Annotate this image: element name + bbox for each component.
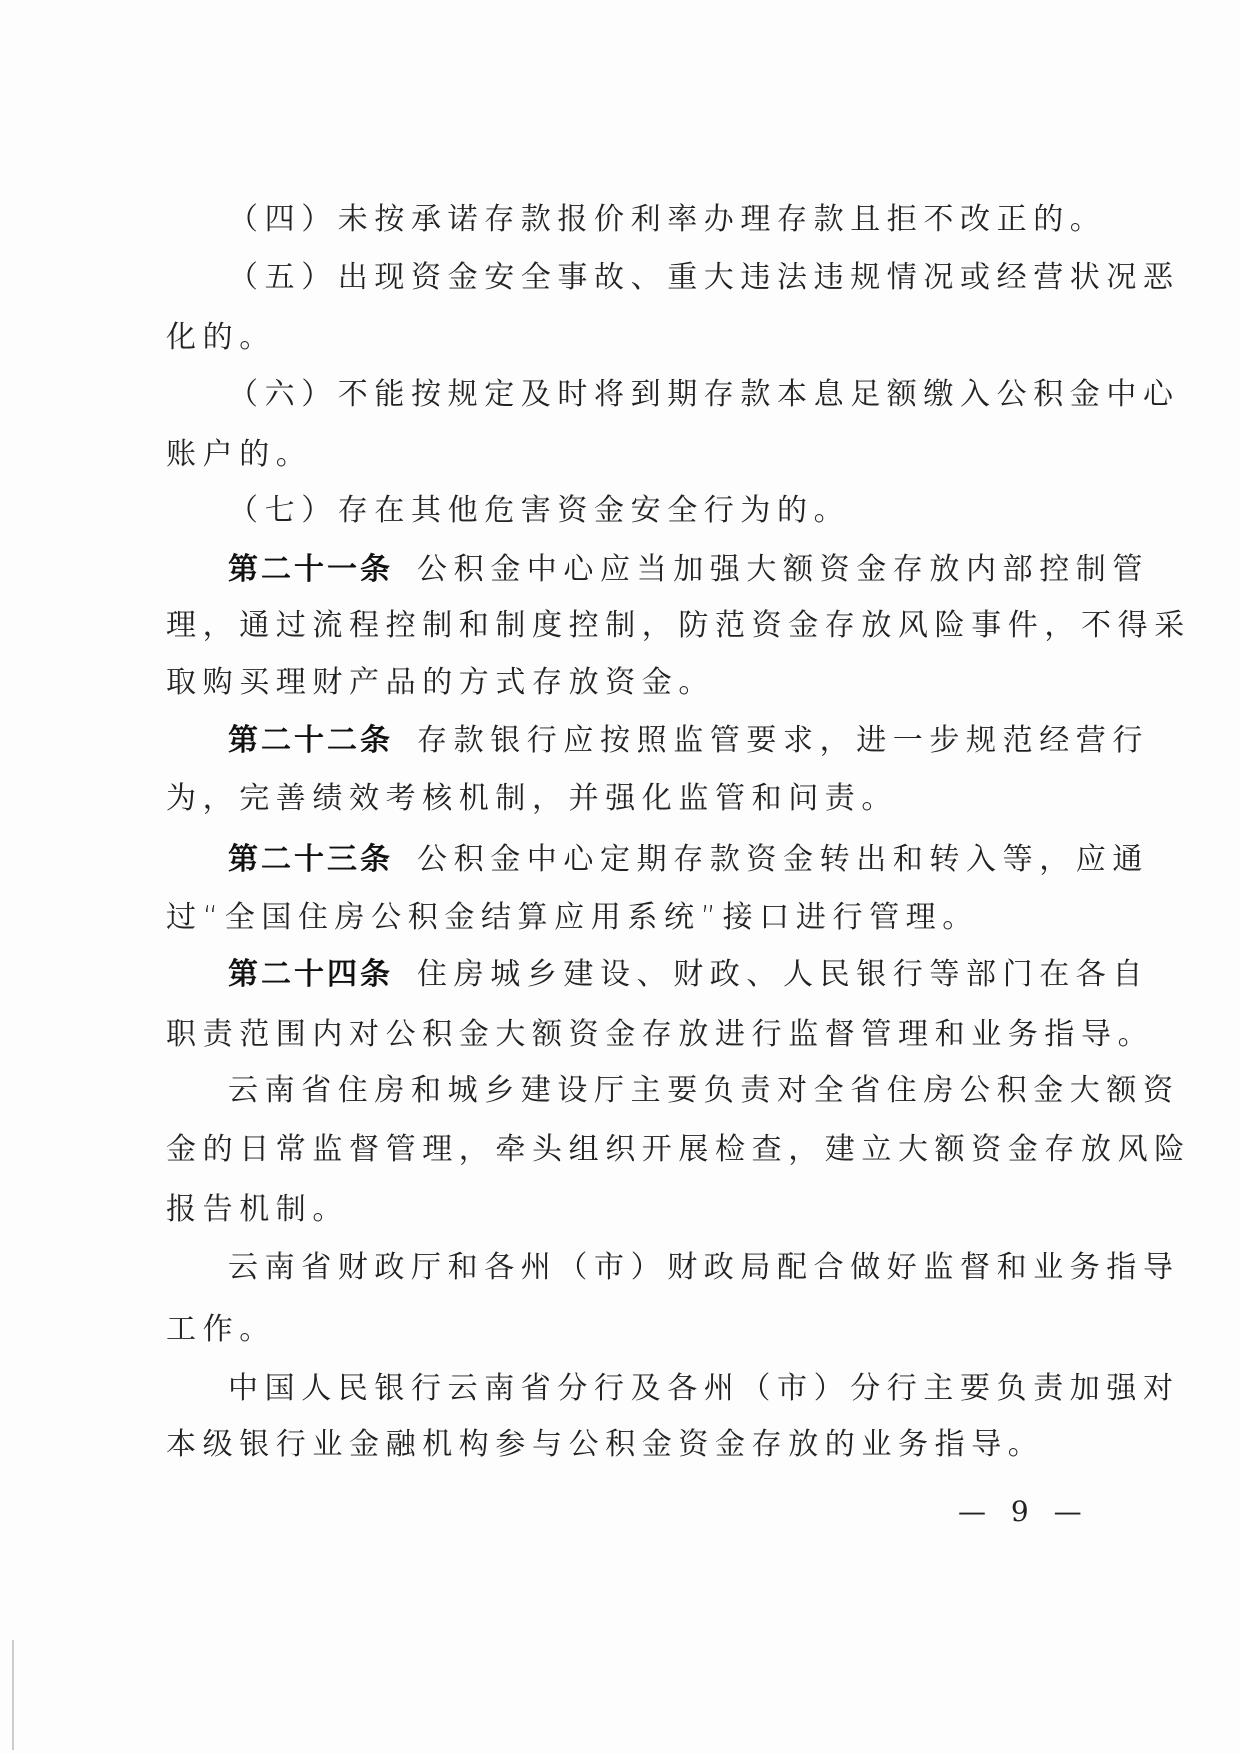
article-24-heading: 第二十四条 <box>228 957 393 992</box>
article-21-line-1: 第二十一条公积金中心应当加强大额资金存放内部控制管 <box>228 550 1148 590</box>
article-24-line-1: 第二十四条住房城乡建设、财政、人民银行等部门在各自 <box>228 955 1148 995</box>
item-6-line-2: 账户的。 <box>166 435 1086 475</box>
finance-dept-line-1: 云南省财政厅和各州（市）财政局配合做好监督和业务指导 <box>228 1248 1148 1288</box>
article-21-line-2: 理，通过流程控制和制度控制，防范资金存放风险事件，不得采 <box>166 606 1086 646</box>
article-21-text: 公积金中心应当加强大额资金存放内部控制管 <box>417 552 1149 587</box>
document-page: （四）未按承诺存款报价利率办理存款且拒不改正的。 （五）出现资金安全事故、重大违… <box>0 0 1240 1754</box>
article-22-line-1: 第二十二条存款银行应按照监管要求，进一步规范经营行 <box>228 721 1148 761</box>
item-5-line-2: 化的。 <box>166 318 1086 358</box>
item-7: （七）存在其他危害资金安全行为的。 <box>228 491 1148 531</box>
article-23-line-2: 过“全国住房公积金结算应用系统”接口进行管理。 <box>166 898 1086 938</box>
article-22-heading: 第二十二条 <box>228 723 393 758</box>
item-5-line-1: （五）出现资金安全事故、重大违法违规情况或经营状况恶 <box>228 258 1148 298</box>
article-22-text: 存款银行应按照监管要求，进一步规范经营行 <box>417 723 1149 758</box>
item-4: （四）未按承诺存款报价利率办理存款且拒不改正的。 <box>228 200 1148 240</box>
article-24-line-2: 职责范围内对公积金大额资金存放进行监督管理和业务指导。 <box>166 1015 1086 1055</box>
article-23-text: 公积金中心定期存款资金转出和转入等，应通 <box>417 842 1149 877</box>
article-21-line-3: 取购买理财产品的方式存放资金。 <box>166 663 1086 703</box>
article-23-line-1: 第二十三条公积金中心定期存款资金转出和转入等，应通 <box>228 840 1148 880</box>
pboc-line-1: 中国人民银行云南省分行及各州（市）分行主要负责加强对 <box>228 1369 1148 1409</box>
article-22-line-2: 为，完善绩效考核机制，并强化监管和问责。 <box>166 779 1086 819</box>
housing-dept-line-3: 报告机制。 <box>166 1190 1086 1230</box>
pboc-line-2: 本级银行业金融机构参与公积金资金存放的业务指导。 <box>166 1425 1086 1465</box>
article-23-heading: 第二十三条 <box>228 842 393 877</box>
finance-dept-line-2: 工作。 <box>166 1310 1086 1350</box>
scan-edge-mark <box>12 1640 14 1750</box>
article-21-heading: 第二十一条 <box>228 552 393 587</box>
page-number: — 9 — <box>958 1495 1090 1528</box>
housing-dept-line-1: 云南省住房和城乡建设厅主要负责对全省住房公积金大额资 <box>228 1071 1148 1111</box>
housing-dept-line-2: 金的日常监督管理，牵头组织开展检查，建立大额资金存放风险 <box>166 1130 1086 1170</box>
item-6-line-1: （六）不能按规定及时将到期存款本息足额缴入公积金中心 <box>228 375 1148 415</box>
article-24-text: 住房城乡建设、财政、人民银行等部门在各自 <box>417 957 1149 992</box>
